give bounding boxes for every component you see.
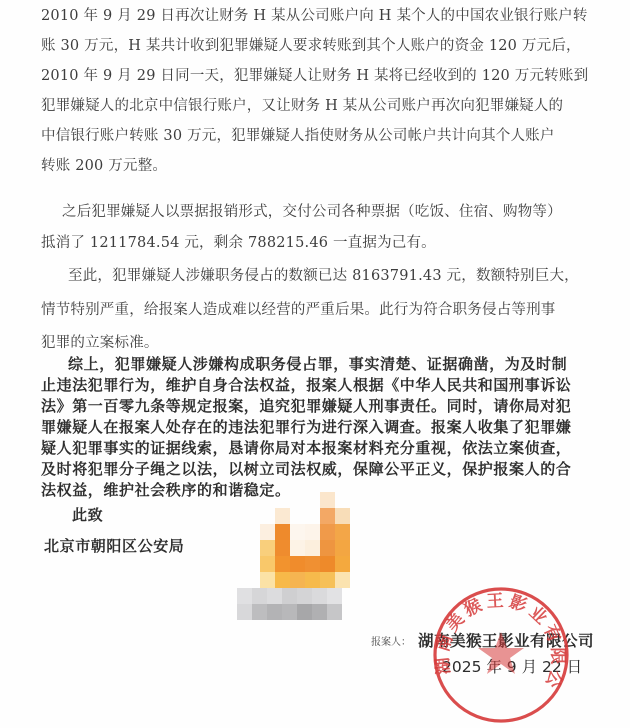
recipient-name: 北京市朝阳区公安局 <box>44 537 184 555</box>
body-line-5: 中信银行账户转账 30 万元，犯罪嫌疑人指使财务从公司帐户共计向其个人账户 <box>41 127 555 145</box>
reporter-label: 报案人： <box>371 633 411 648</box>
body-line-3: 2010 年 9 月 29 日同一天，犯罪嫌疑人让财务 H 某将已经收到的 12… <box>41 67 588 85</box>
closing-salutation: 此致 <box>72 506 103 524</box>
body-line-4: 犯罪嫌疑人的北京中信银行账户，又让财务 H 某从公司账户再次向犯罪嫌疑人的 <box>41 97 563 115</box>
body-line-9: 至此，犯罪嫌疑人涉嫌职务侵占的数额已达 8163791.43 元，数额特别巨大， <box>68 267 579 285</box>
body-line-7: 之后犯罪嫌疑人以票据报销形式，交付公司各种票据（吃饭、住宿、购物等） <box>62 203 562 221</box>
conclusion-line-5: 疑人犯罪事实的证据线索，恳请你局对本报案材料充分重视，依法立案侦查， <box>41 439 571 457</box>
scanned-document-page: 2010 年 9 月 29 日再次让财务 H 某从公司账户向 H 某个人的中国农… <box>0 0 630 728</box>
body-line-10: 情节特别严重，给报案人造成难以经营的严重后果。此行为符合职务侵占等刑事 <box>41 301 556 319</box>
body-line-1: 2010 年 9 月 29 日再次让财务 H 某从公司账户向 H 某个人的中国农… <box>41 7 588 25</box>
conclusion-line-2: 止违法犯罪行为，维护自身合法权益，报案人根据《中华人民共和国刑事诉讼 <box>41 376 571 394</box>
seal-icon: 湖南美猴王影业有限公司 <box>430 586 572 726</box>
conclusion-line-1: 综上，犯罪嫌疑人涉嫌构成职务侵占罪，事实清楚、证据确凿，为及时制 <box>68 355 567 373</box>
body-line-11: 犯罪的立案标准。 <box>41 334 159 352</box>
conclusion-line-6: 及时将犯罪分子绳之以法，以树立司法权威，保障公平正义，保护报案人的合 <box>41 460 571 478</box>
company-seal-stamp: 湖南美猴王影业有限公司 <box>430 586 572 726</box>
body-line-2: 账 30 万元，H 某共计收到犯罪嫌疑人要求转账到其个人账户的资金 120 万元… <box>41 37 581 55</box>
body-line-6: 转账 200 万元整。 <box>41 157 167 175</box>
redacted-mosaic-block <box>237 492 349 618</box>
body-line-8: 抵消了 1211784.54 元，剩余 788215.46 一直据为己有。 <box>41 234 436 252</box>
conclusion-line-3: 法》第一百零九条等规定报案，追究犯罪嫌疑人刑事责任。同时，请你局对犯 <box>41 397 571 415</box>
conclusion-line-4: 罪嫌疑人在报案人处存在的违法犯罪行为进行深入调查。报案人收集了犯罪嫌 <box>41 418 571 436</box>
